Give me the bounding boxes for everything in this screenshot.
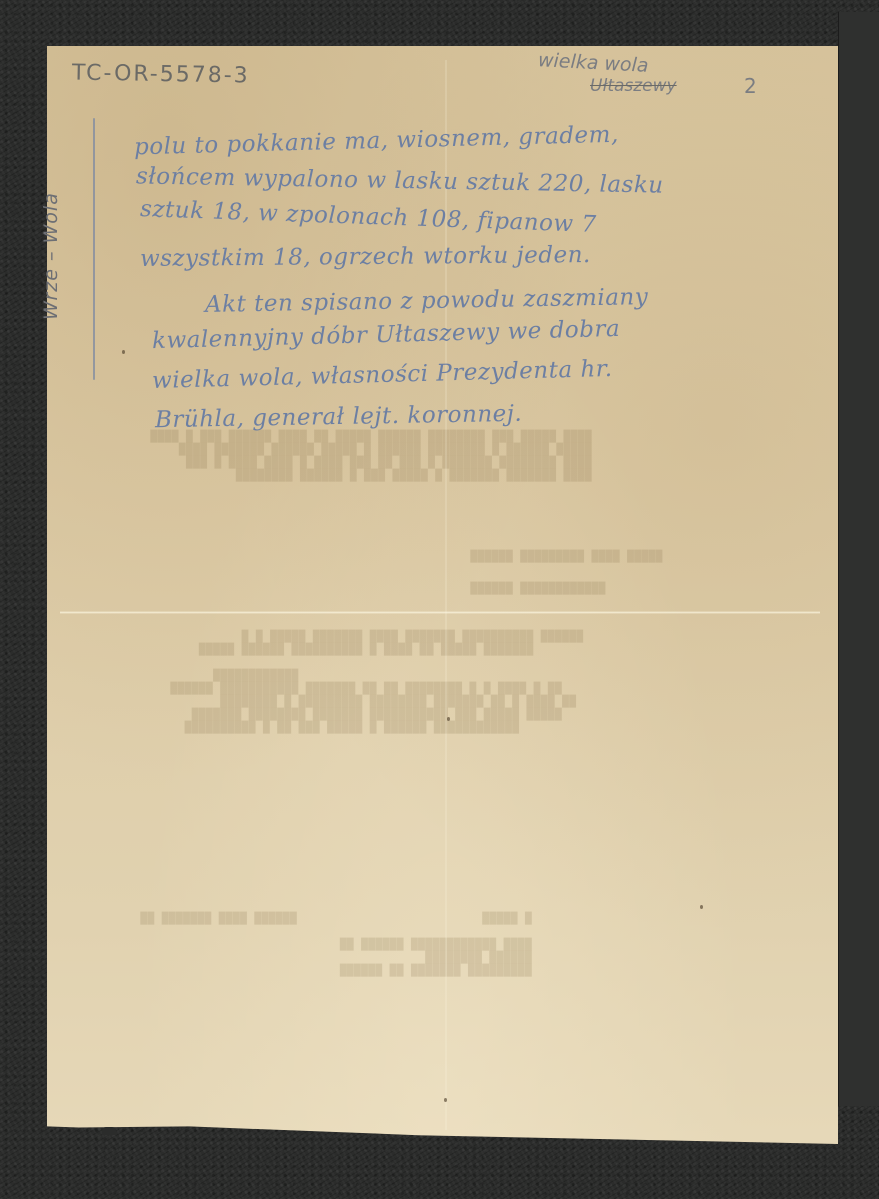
bleed-through-text: █████ ████ █████████ ██████ [470, 550, 662, 563]
bleed-through-text: ██████ ██████████ ███████ ████ ███████ █… [170, 630, 583, 734]
struck-place-name: Ułtaszewy [590, 76, 677, 96]
bleed-through-text: █ █████ ██████ ████ ███████ ██ ████ ████… [140, 912, 532, 977]
handwritten-line: wszystkim 18, ogrzech wtorku jeden. [140, 242, 591, 272]
paper-speck [447, 717, 450, 721]
reference-number: TC-OR-5578-3 [72, 60, 250, 88]
paper-tear [102, 1127, 116, 1135]
margin-vertical-note: Wrze – Wola [40, 192, 62, 320]
bleed-through-text: ████ █████ ███ ████████ ██████ █████ ██ … [150, 430, 592, 482]
paper-speck [444, 1098, 447, 1102]
backing-board [838, 12, 879, 1106]
annotation-number: 2 [744, 74, 757, 98]
paper-speck [122, 350, 125, 354]
bleed-through-text: ████████████ ██████ [470, 582, 605, 595]
paper-speck [700, 905, 703, 909]
margin-rule-line [93, 118, 95, 380]
horizontal-fold-crease [60, 611, 820, 614]
